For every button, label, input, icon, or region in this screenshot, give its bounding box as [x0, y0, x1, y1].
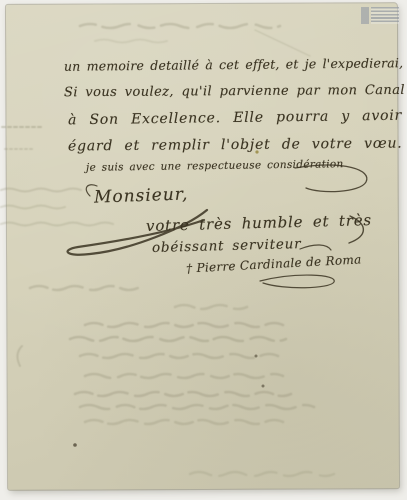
salutation-monsieur: Monsieur, — [94, 184, 189, 207]
watermark-lines — [371, 7, 399, 24]
watermark-block — [361, 7, 369, 24]
letter-line-4: égard et remplir l'objet de votre vœu. — [68, 136, 403, 155]
corner-watermark-icon — [361, 7, 399, 24]
photo-frame: un memoire detaillé à cet effet, et je l… — [0, 0, 407, 500]
letter-line-2: Si vous voulez, qu'il parvienne par mon … — [64, 83, 407, 101]
